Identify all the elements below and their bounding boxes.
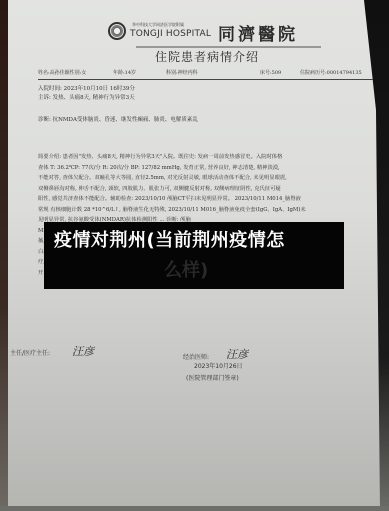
info-rule: [38, 79, 384, 80]
diagnosis: 诊断: 抗NMDA受体脑炎、昏迷、继发性癫痫、肺炎、电解质紊乱: [38, 115, 198, 123]
summary-line: 双侧鼻唇沟对称, 伸舌不配合, 颈软, 四肢肌力、肌张力可, 双侧腱反射对称, …: [38, 184, 388, 195]
patient-info-row: 姓名:高孙佳颖性别:女 年龄:14岁 科别:神经内科 床号:509 住院病历号:…: [38, 67, 384, 77]
attending-signature: 汪彦: [226, 346, 248, 362]
hospital-chinese-name: 同濟醫院: [218, 20, 298, 45]
summary-line: 简要介绍: 患者因"发热、头痛8天, 精神行为异常3天"入院。既往史: 发病一周…: [38, 152, 388, 163]
patient-record-no: 住院病历号:00014794135: [300, 69, 362, 76]
sign-date: 2023年10月26日: [194, 361, 243, 370]
summary-line: 查体 T: 36.2℃P: 77次/分 R: 20次/分 BP: 127/82 …: [38, 163, 388, 174]
bottom-edge: [0, 506, 389, 511]
patient-department: 科别:神经内科: [166, 69, 198, 76]
attending-label: 经治医师:: [183, 352, 209, 361]
headline-overlay: 疫情对荆州(当前荆州疫情怎 么样): [44, 222, 344, 289]
director-signature: 汪彦: [72, 343, 94, 359]
overlay-title: 疫情对荆州(当前荆州疫情怎: [54, 226, 285, 252]
chief-complaint: 主诉: 发热、头痛8天, 精神行为异常3天: [38, 93, 135, 101]
university-line: 华中科技大学同济医学院附属: [132, 22, 184, 28]
document-title: 住院患者病情介绍: [155, 48, 259, 65]
hospital-english-name: TONGJI HOSPITAL: [130, 29, 211, 39]
summary-line: 不能对答, 查体欠配合。双瞳孔等大等圆, 直径2.5mm, 对光反射灵敏, 眼球…: [38, 173, 388, 184]
hospital-logo-icon: [108, 22, 126, 40]
patient-age: 年龄:14岁: [113, 69, 136, 76]
hospital-header: 华中科技大学同济医学院附属 TONGJI HOSPITAL 同濟醫院: [108, 20, 318, 44]
director-label: 主任/医疗主任:: [10, 348, 50, 357]
stamp-note: (医院管理部门签章): [186, 373, 239, 382]
overlay-subtitle: 么样): [164, 256, 208, 282]
summary-line: 阳性, 感觉共济查体不能配合。辅助检查: 2023/10/10 颅脑CT平扫未见…: [38, 194, 388, 205]
summary-line: 常规 有核细胞计数 28 *10^6/L↑, 脑脊液生化无特殊, 2023/10…: [38, 205, 388, 216]
admission-time: 入院时间: 2023年10月10日 16时39分: [38, 84, 135, 92]
patient-name-gender: 姓名:高孙佳颖性别:女: [38, 69, 86, 76]
patient-bed: 床号:509: [260, 69, 281, 76]
